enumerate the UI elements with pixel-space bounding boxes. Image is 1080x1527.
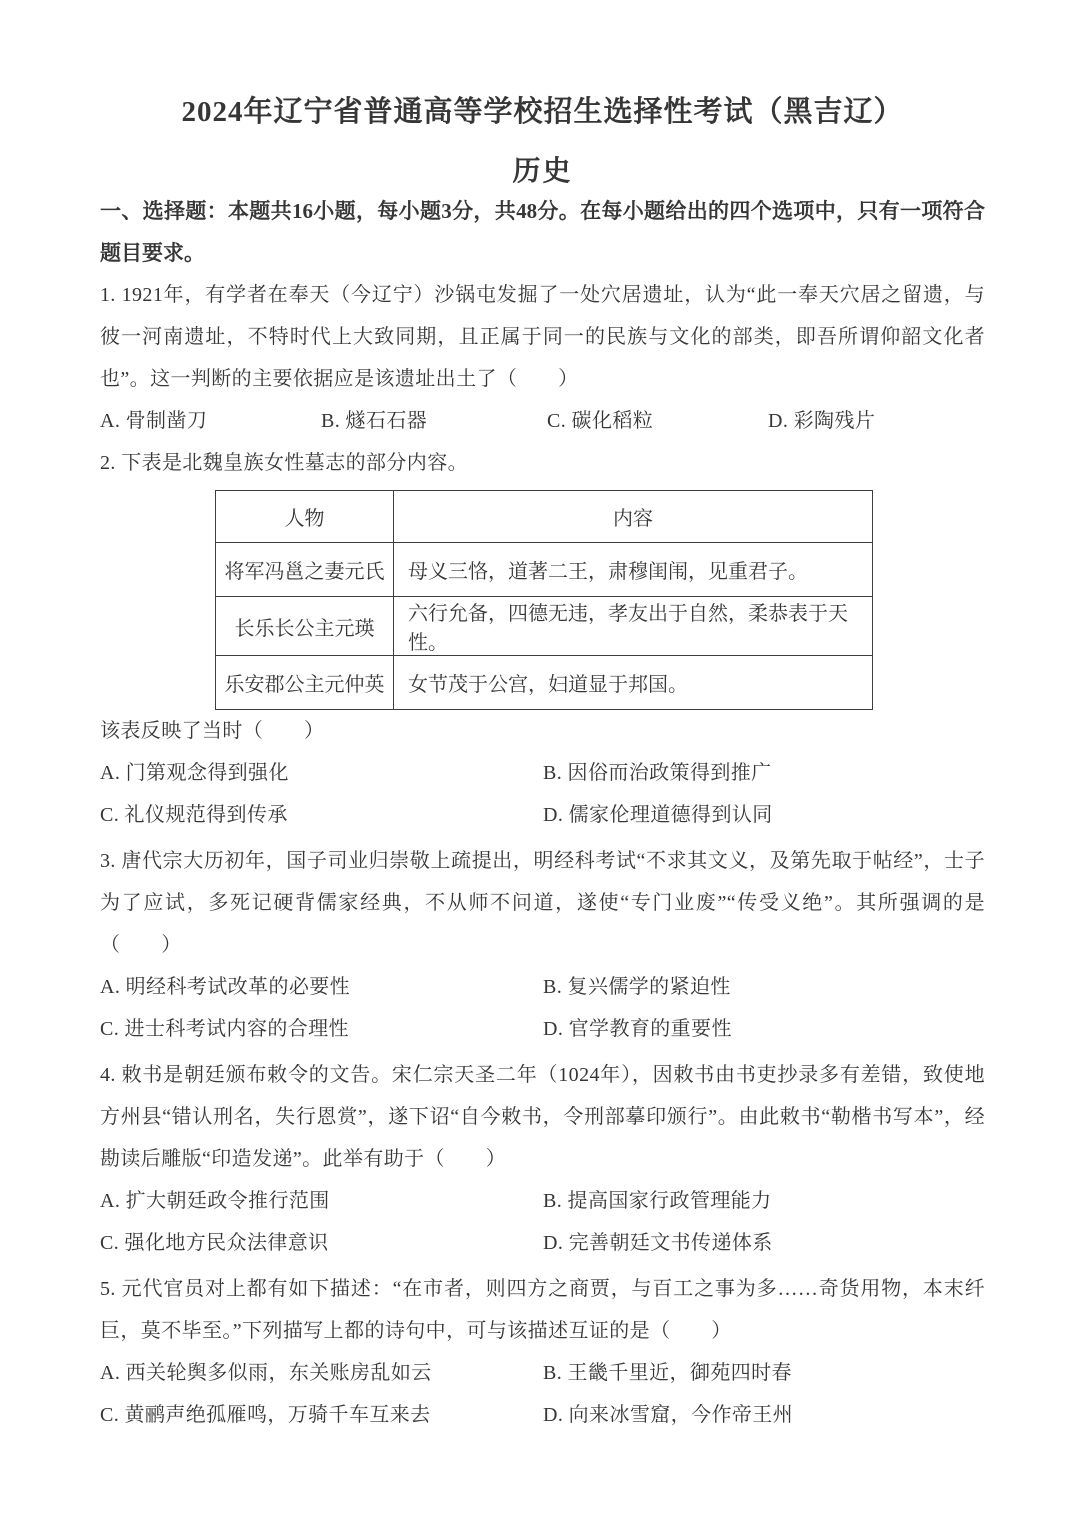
question-2: 2. 下表是北魏皇族女性墓志的部分内容。 人物 内容 将军冯邕之妻元氏 母义三恪… bbox=[100, 442, 985, 836]
section-instructions: 一、选择题：本题共16小题，每小题3分，共48分。在每小题给出的四个选项中，只有… bbox=[100, 190, 985, 274]
question-5: 5. 元代官员对上都有如下描述：“在市者，则四方之商贾，与百工之事为多……奇货用… bbox=[100, 1268, 985, 1436]
question-2-options: A. 门第观念得到强化 B. 因俗而治政策得到推广 C. 礼仪规范得到传承 D.… bbox=[100, 752, 985, 836]
table-cell-content: 六行允备，四德无违，孝友出于自然，柔恭表于天性。 bbox=[394, 597, 873, 656]
question-1-stem: 1. 1921年，有学者在奉天（今辽宁）沙锅屯发掘了一处穴居遗址，认为“此一奉天… bbox=[100, 274, 985, 400]
question-5-option-c: C. 黄鹂声绝孤雁鸣，万骑千车互来去 bbox=[100, 1394, 543, 1436]
epitaph-table: 人物 内容 将军冯邕之妻元氏 母义三恪，道著二王，肃穆闺闱，见重君子。 长乐长公… bbox=[215, 490, 873, 710]
question-2-option-b: B. 因俗而治政策得到推广 bbox=[543, 752, 985, 794]
question-3-option-d: D. 官学教育的重要性 bbox=[543, 1008, 985, 1050]
question-4-options: A. 扩大朝廷政令推行范围 B. 提高国家行政管理能力 C. 强化地方民众法律意… bbox=[100, 1180, 985, 1264]
question-4-stem: 4. 敕书是朝廷颁布敕令的文告。宋仁宗天圣二年（1024年），因敕书由书吏抄录多… bbox=[100, 1054, 985, 1180]
table-cell-content: 母义三恪，道著二王，肃穆闺闱，见重君子。 bbox=[394, 543, 873, 597]
table-row: 乐安郡公主元仲英 女节茂于公宫，妇道显于邦国。 bbox=[216, 656, 873, 710]
question-5-stem: 5. 元代官员对上都有如下描述：“在市者，则四方之商贾，与百工之事为多……奇货用… bbox=[100, 1268, 985, 1352]
question-3: 3. 唐代宗大历初年，国子司业归崇敬上疏提出，明经科考试“不求其文义，及第先取于… bbox=[100, 840, 985, 1050]
table-cell-person: 将军冯邕之妻元氏 bbox=[216, 543, 394, 597]
question-1-options: A. 骨制凿刀 B. 燧石石器 C. 碳化稻粒 D. 彩陶残片 bbox=[100, 400, 985, 442]
table-header-content: 内容 bbox=[394, 491, 873, 543]
question-3-stem: 3. 唐代宗大历初年，国子司业归崇敬上疏提出，明经科考试“不求其文义，及第先取于… bbox=[100, 840, 985, 966]
question-4-option-c: C. 强化地方民众法律意识 bbox=[100, 1222, 543, 1264]
exam-document-page: 2024年辽宁省普通高等学校招生选择性考试（黑吉辽） 历史 一、选择题：本题共1… bbox=[0, 0, 1080, 1527]
question-4-option-a: A. 扩大朝廷政令推行范围 bbox=[100, 1180, 543, 1222]
question-1-option-d: D. 彩陶残片 bbox=[768, 400, 985, 442]
table-cell-person: 长乐长公主元瑛 bbox=[216, 597, 394, 656]
table-row: 长乐长公主元瑛 六行允备，四德无违，孝友出于自然，柔恭表于天性。 bbox=[216, 597, 873, 656]
question-2-option-d: D. 儒家伦理道德得到认同 bbox=[543, 794, 985, 836]
question-5-option-a: A. 西关轮舆多似雨，东关账房乱如云 bbox=[100, 1352, 543, 1394]
table-cell-person: 乐安郡公主元仲英 bbox=[216, 656, 394, 710]
question-4: 4. 敕书是朝廷颁布敕令的文告。宋仁宗天圣二年（1024年），因敕书由书吏抄录多… bbox=[100, 1054, 985, 1264]
question-3-option-a: A. 明经科考试改革的必要性 bbox=[100, 966, 543, 1008]
question-2-option-c: C. 礼仪规范得到传承 bbox=[100, 794, 543, 836]
question-1: 1. 1921年，有学者在奉天（今辽宁）沙锅屯发掘了一处穴居遗址，认为“此一奉天… bbox=[100, 274, 985, 442]
question-2-option-a: A. 门第观念得到强化 bbox=[100, 752, 543, 794]
question-5-option-b: B. 王畿千里近，御苑四时春 bbox=[543, 1352, 985, 1394]
question-5-option-d: D. 向来冰雪窟，今作帝王州 bbox=[543, 1394, 985, 1436]
question-4-option-b: B. 提高国家行政管理能力 bbox=[543, 1180, 985, 1222]
table-cell-content: 女节茂于公宫，妇道显于邦国。 bbox=[394, 656, 873, 710]
table-row: 将军冯邕之妻元氏 母义三恪，道著二王，肃穆闺闱，见重君子。 bbox=[216, 543, 873, 597]
table-header-row: 人物 内容 bbox=[216, 491, 873, 543]
question-1-option-a: A. 骨制凿刀 bbox=[100, 400, 321, 442]
question-1-option-b: B. 燧石石器 bbox=[321, 400, 547, 442]
exam-subject: 历史 bbox=[100, 154, 985, 190]
question-3-options: A. 明经科考试改革的必要性 B. 复兴儒学的紧迫性 C. 进士科考试内容的合理… bbox=[100, 966, 985, 1050]
table-header-person: 人物 bbox=[216, 491, 394, 543]
question-5-options: A. 西关轮舆多似雨，东关账房乱如云 B. 王畿千里近，御苑四时春 C. 黄鹂声… bbox=[100, 1352, 985, 1436]
question-2-intro: 2. 下表是北魏皇族女性墓志的部分内容。 bbox=[100, 442, 985, 484]
question-4-option-d: D. 完善朝廷文书传递体系 bbox=[543, 1222, 985, 1264]
question-3-option-b: B. 复兴儒学的紧迫性 bbox=[543, 966, 985, 1008]
exam-title: 2024年辽宁省普通高等学校招生选择性考试（黑吉辽） bbox=[100, 94, 985, 130]
question-1-option-c: C. 碳化稻粒 bbox=[547, 400, 768, 442]
question-3-option-c: C. 进士科考试内容的合理性 bbox=[100, 1008, 543, 1050]
question-2-prompt: 该表反映了当时（ ） bbox=[100, 710, 985, 752]
